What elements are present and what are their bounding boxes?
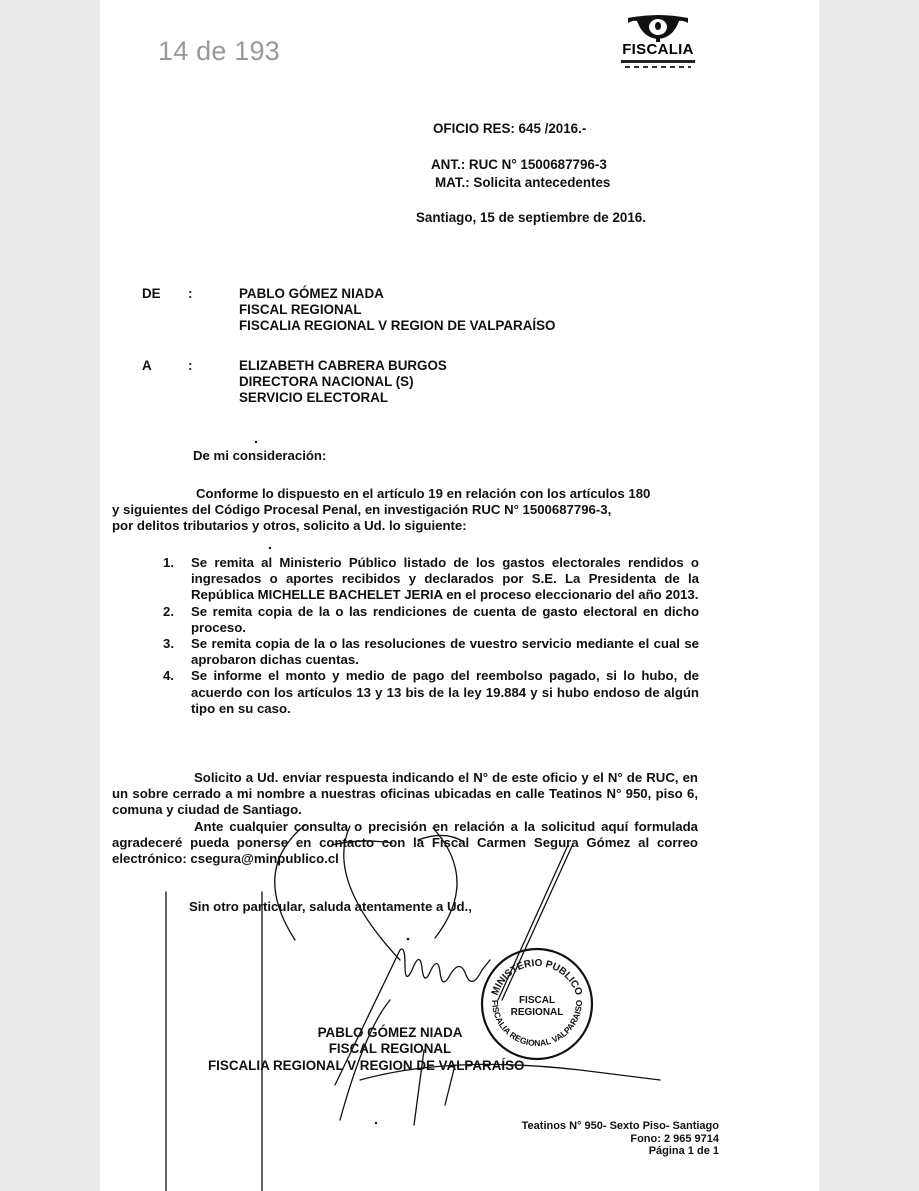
- list-item-text: Se remita al Ministerio Público listado …: [191, 555, 699, 602]
- intro-line-2: y siguientes del Código Procesal Penal, …: [112, 502, 611, 518]
- to-office: SERVICIO ELECTORAL: [239, 390, 388, 406]
- from-office: FISCALIA REGIONAL V REGION DE VALPARAÍSO: [239, 318, 555, 334]
- logo-subtitle-dots: [625, 66, 691, 68]
- from-name: PABLO GÓMEZ NIADA: [239, 286, 384, 302]
- list-item-text: Se remita copia de la o las resoluciones…: [191, 636, 699, 667]
- footer-address: Teatinos N° 950- Sexto Piso- Santiago: [522, 1120, 719, 1133]
- list-item-text: Se informe el monto y medio de pago del …: [191, 668, 699, 715]
- to-colon: :: [188, 358, 192, 374]
- signature-title: FISCAL REGIONAL: [300, 1041, 480, 1057]
- list-item: 1. Se remita al Ministerio Público lista…: [163, 555, 699, 604]
- intro-line-1: Conforme lo dispuesto en el artículo 19 …: [196, 486, 650, 502]
- list-item: 4. Se informe el monto y medio de pago d…: [163, 668, 699, 717]
- to-title: DIRECTORA NACIONAL (S): [239, 374, 414, 390]
- closing-line: Sin otro particular, saluda atentamente …: [189, 899, 472, 915]
- request-list: 1. Se remita al Ministerio Público lista…: [163, 555, 699, 717]
- list-item-number: 3.: [163, 636, 174, 652]
- to-name: ELIZABETH CABRERA BURGOS: [239, 358, 447, 374]
- footer-block: Teatinos N° 950- Sexto Piso- Santiago Fo…: [522, 1120, 719, 1158]
- oficio-number: OFICIO RES: 645 /2016.-: [433, 121, 586, 137]
- page-counter: 14 de 193: [158, 36, 280, 67]
- response-paragraph: Solicito a Ud. enviar respuesta indicand…: [112, 770, 698, 819]
- svg-text:REGIONAL: REGIONAL: [511, 1007, 564, 1018]
- fiscalia-emblem-icon: [603, 14, 713, 44]
- list-item-number: 2.: [163, 604, 174, 620]
- fiscalia-logo: FISCALIA: [603, 14, 713, 74]
- svg-text:FISCAL: FISCAL: [519, 995, 555, 1006]
- signature-office: FISCALIA REGIONAL V REGION DE VALPARAÍSO: [208, 1058, 524, 1074]
- footer-page: Página 1 de 1: [522, 1145, 719, 1158]
- place-date: Santiago, 15 de septiembre de 2016.: [416, 210, 646, 226]
- document-page: 14 de 193 FISCALIA OFICIO RES: 645 /2016…: [100, 0, 819, 1191]
- stamp-seal-icon: MINISTERIO PUBLICO FISCALIA REGIONAL VAL…: [478, 945, 596, 1063]
- list-item-number: 1.: [163, 555, 174, 571]
- contact-paragraph-text: Ante cualquier consulta o precisión en r…: [112, 819, 698, 866]
- list-item-number: 4.: [163, 668, 174, 684]
- from-title: FISCAL REGIONAL: [239, 302, 362, 318]
- list-item-text: Se remita copia de la o las rendiciones …: [191, 604, 699, 635]
- official-stamp: MINISTERIO PUBLICO FISCALIA REGIONAL VAL…: [478, 945, 596, 1063]
- ant-reference: ANT.: RUC N° 1500687796-3: [431, 157, 607, 173]
- logo-label: FISCALIA: [603, 41, 713, 58]
- from-colon: :: [188, 286, 192, 302]
- list-item: 3. Se remita copia de la o las resolucio…: [163, 636, 699, 668]
- response-paragraph-text: Solicito a Ud. enviar respuesta indicand…: [112, 770, 698, 817]
- signature-name: PABLO GÓMEZ NIADA: [300, 1025, 480, 1041]
- intro-line-3: por delitos tributarios y otros, solicit…: [112, 518, 467, 534]
- list-item: 2. Se remita copia de la o las rendicion…: [163, 604, 699, 636]
- mat-subject: MAT.: Solicita antecedentes: [435, 175, 610, 191]
- salutation: De mi consideración:: [193, 448, 326, 464]
- svg-text:MINISTERIO PUBLICO: MINISTERIO PUBLICO: [490, 958, 584, 997]
- to-label: A: [142, 358, 152, 374]
- footer-phone: Fono: 2 965 9714: [522, 1133, 719, 1146]
- logo-subtitle-line: [621, 60, 695, 63]
- contact-paragraph: Ante cualquier consulta o precisión en r…: [112, 819, 698, 868]
- from-label: DE: [142, 286, 161, 302]
